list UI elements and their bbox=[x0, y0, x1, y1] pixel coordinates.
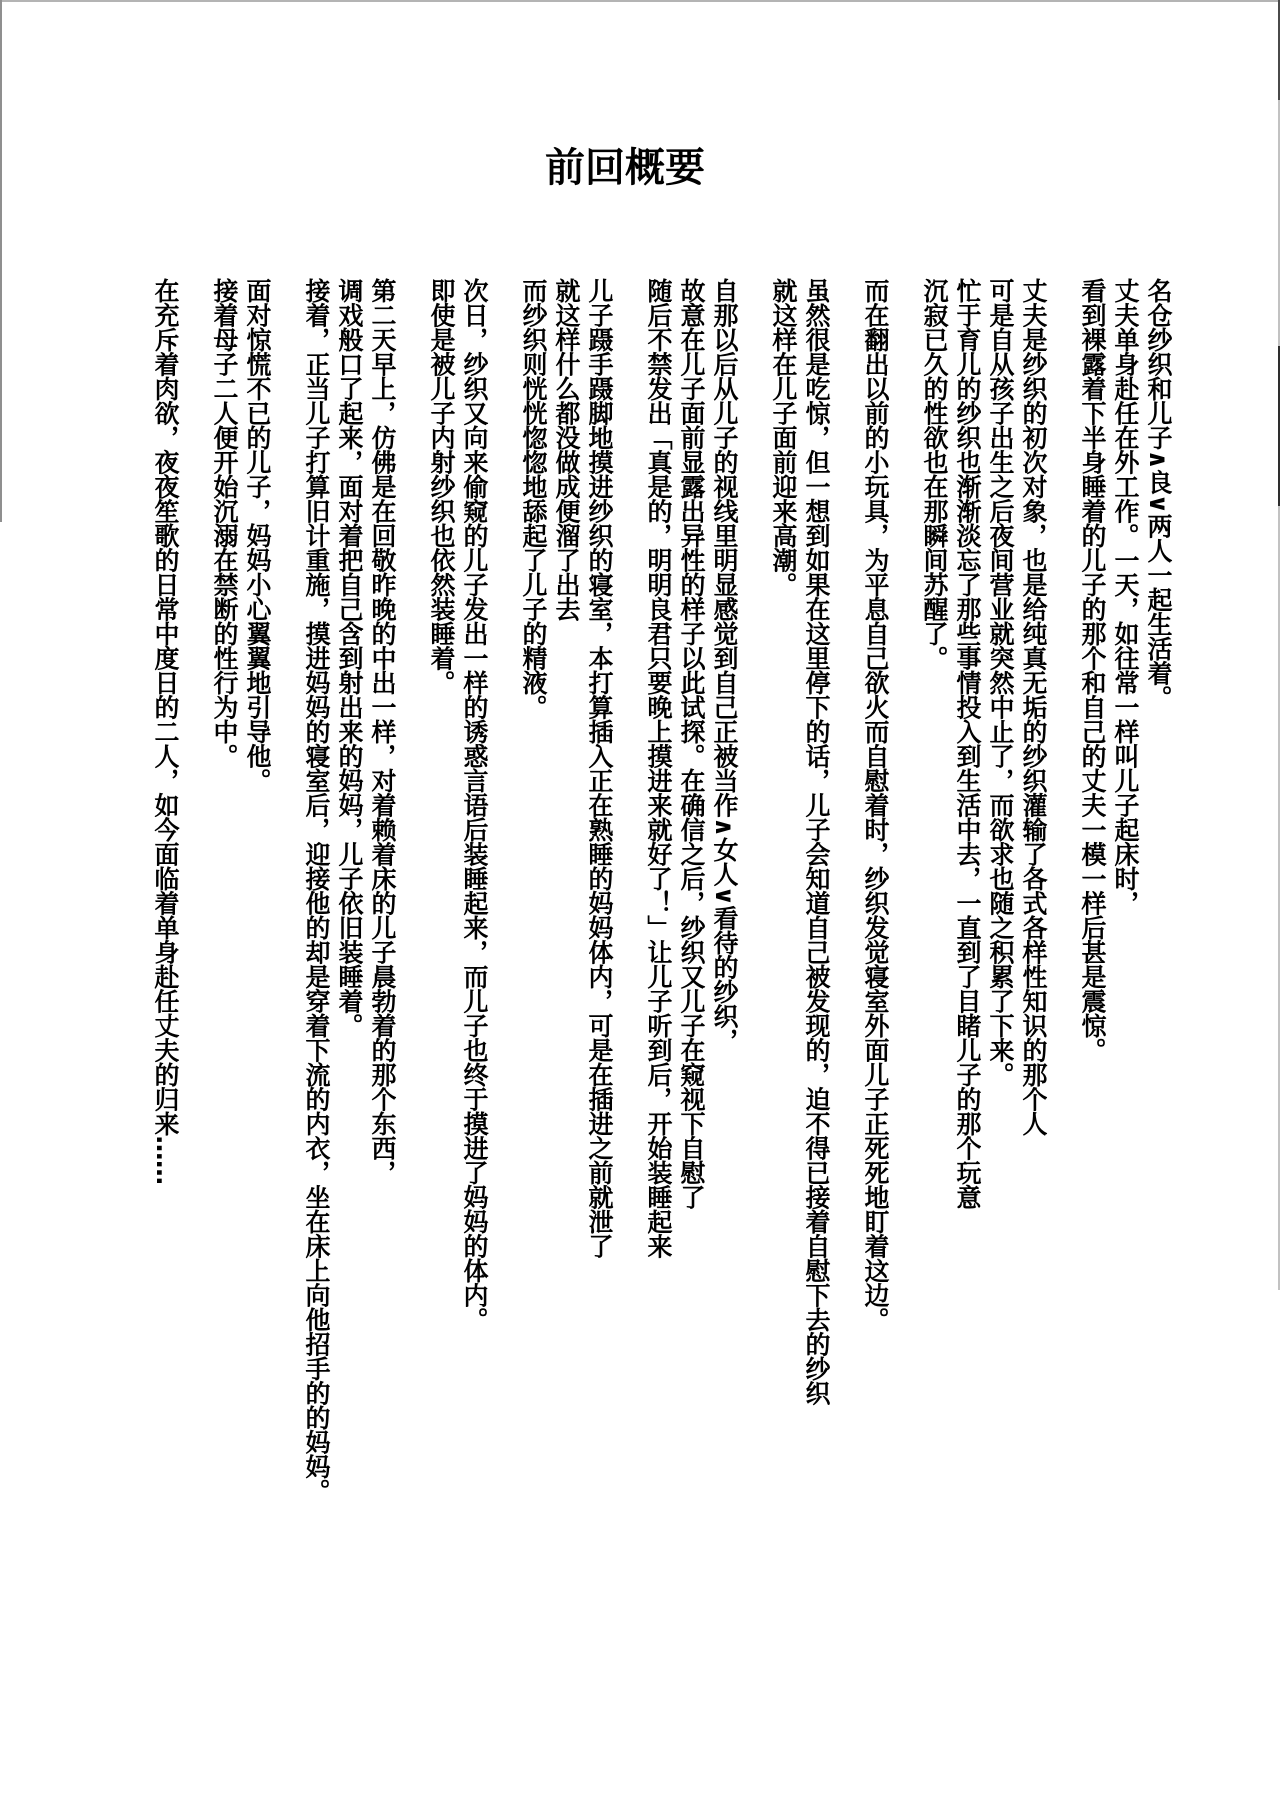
text-line: 调戏般口了起来，面对着把自己含到射出来的妈妈，儿子依旧装睡着。 bbox=[333, 278, 366, 1558]
text-line: 看到裸露着下半身睡着的儿子的那个和自己的丈夫一模一样后甚是震惊。 bbox=[1076, 278, 1109, 1558]
text-line: 即使是被儿子内射纱织也依然装睡着。 bbox=[425, 278, 458, 1558]
paragraph: 第二天早上，仿佛是在回敬昨晚的中出一样，对着赖着床的儿子晨勃着的那个东西，调戏般… bbox=[300, 278, 399, 1558]
text-line: 可是自从孩子出生之后夜间营业就突然中止了，而欲求也随之积累了下来。 bbox=[984, 278, 1017, 1558]
paragraph: 丈夫是纱织的初次对象，也是给纯真无垢的纱织灌输了各式各样性知识的那个人可是自从孩… bbox=[918, 278, 1050, 1558]
text-line: 名仓纱织和儿子∧良∨两人一起生活着。 bbox=[1142, 278, 1175, 1558]
text-line: 丈夫是纱织的初次对象，也是给纯真无垢的纱织灌输了各式各样性知识的那个人 bbox=[1017, 278, 1050, 1558]
text-line: 儿子蹑手蹑脚地摸进纱织的寝室，本打算插入正在熟睡的妈妈体内，可是在插进之前就泄了 bbox=[583, 278, 616, 1558]
summary-text: 名仓纱织和儿子∧良∨两人一起生活着。丈夫单身赴任在外工作。一天，如往常一样叫儿子… bbox=[149, 278, 1175, 1558]
paragraph: 次日，纱织又向来偷窥的儿子发出一样的诱惑言语后装睡起来，而儿子也终于摸进了妈妈的… bbox=[425, 278, 491, 1558]
paragraph: 自那以后从儿子的视线里明显感觉到自己正被当作∧女人∨看待的纱织，故意在儿子面前显… bbox=[642, 278, 741, 1558]
text-line: 接着母子二人便开始沉溺在禁断的性行为中。 bbox=[208, 278, 241, 1558]
page-title: 前回概要 bbox=[0, 136, 1265, 193]
text-line: 忙于育儿的纱织也渐渐淡忘了那些事情投入到生活中去，一直到了目睹儿子的那个玩意 bbox=[951, 278, 984, 1558]
text-line: 丈夫单身赴任在外工作。一天，如往常一样叫儿子起床时， bbox=[1109, 278, 1142, 1558]
text-line: 随后不禁发出「真是的，明明良君只要晚上摸进来就好了！」让儿子听到后，开始装睡起来 bbox=[642, 278, 675, 1558]
text-line: 就这样什么都没做成便溜了出去 bbox=[550, 278, 583, 1558]
text-line: 故意在儿子面前显露出异性的样子以此试探。在确信之后，纱织又儿子在窥视下自慰了 bbox=[675, 278, 708, 1558]
scan-edge-top bbox=[0, 0, 1280, 2]
text-line: 次日，纱织又向来偷窥的儿子发出一样的诱惑言语后装睡起来，而儿子也终于摸进了妈妈的… bbox=[458, 278, 491, 1558]
paragraph: 名仓纱织和儿子∧良∨两人一起生活着。丈夫单身赴任在外工作。一天，如往常一样叫儿子… bbox=[1076, 278, 1175, 1558]
text-line: 而在翻出以前的小玩具，为平息自己欲火而自慰着时，纱织发觉寝室外面儿子正死死地盯着… bbox=[859, 278, 892, 1558]
document-page: 前回概要 名仓纱织和儿子∧良∨两人一起生活着。丈夫单身赴任在外工作。一天，如往常… bbox=[0, 0, 1280, 1803]
scan-edge-left bbox=[0, 0, 2, 522]
paragraph: 面对惊慌不已的儿子，妈妈小心翼翼地引导他。接着母子二人便开始沉溺在禁断的性行为中… bbox=[208, 278, 274, 1558]
text-line: 沉寂已久的性欲也在那瞬间苏醒了。 bbox=[918, 278, 951, 1558]
paragraph: 在充斥着肉欲，夜夜笙歌的日常中度日的二人，如今面临着单身赴任丈夫的归来…… bbox=[149, 278, 182, 1558]
text-line: 虽然很是吃惊，但一想到如果在这里停下的话，儿子会知道自己被发现的，迫不得已接着自… bbox=[800, 278, 833, 1558]
text-line: 第二天早上，仿佛是在回敬昨晚的中出一样，对着赖着床的儿子晨勃着的那个东西， bbox=[366, 278, 399, 1558]
text-line: 面对惊慌不已的儿子，妈妈小心翼翼地引导他。 bbox=[241, 278, 274, 1558]
text-line: 就这样在儿子面前迎来高潮。 bbox=[767, 278, 800, 1558]
paragraph: 而在翻出以前的小玩具，为平息自己欲火而自慰着时，纱织发觉寝室外面儿子正死死地盯着… bbox=[859, 278, 892, 1558]
text-line: 在充斥着肉欲，夜夜笙歌的日常中度日的二人，如今面临着单身赴任丈夫的归来…… bbox=[149, 278, 182, 1558]
text-line: 自那以后从儿子的视线里明显感觉到自己正被当作∧女人∨看待的纱织， bbox=[708, 278, 741, 1558]
text-line: 接着，正当儿子打算旧计重施，摸进妈妈的寝室后，迎接他的却是穿着下流的内衣，坐在床… bbox=[300, 278, 333, 1558]
text-line: 而纱织则恍恍惚惚地舔起了儿子的精液。 bbox=[517, 278, 550, 1558]
paragraph: 虽然很是吃惊，但一想到如果在这里停下的话，儿子会知道自己被发现的，迫不得已接着自… bbox=[767, 278, 833, 1558]
paragraph: 儿子蹑手蹑脚地摸进纱织的寝室，本打算插入正在熟睡的妈妈体内，可是在插进之前就泄了… bbox=[517, 278, 616, 1558]
